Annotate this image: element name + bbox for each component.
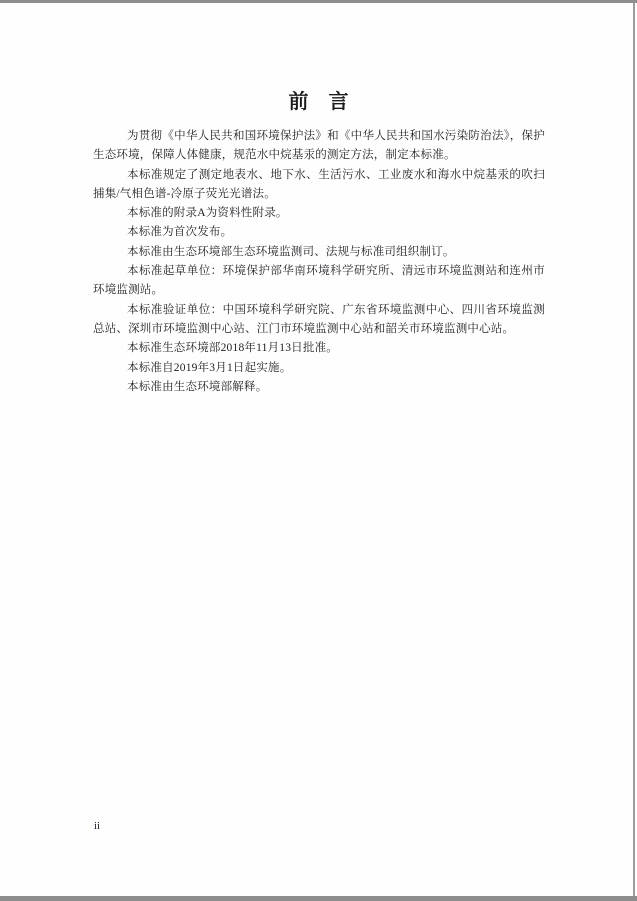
scan-edge-bottom xyxy=(0,896,637,901)
paragraph: 本标准由生态环境部解释。 xyxy=(93,378,545,397)
paragraph: 本标准起草单位：环境保护部华南环境科学研究所、清远市环境监测站和连州市环境监测站… xyxy=(93,262,545,301)
paragraph: 本标准由生态环境部生态环境监测司、法规与标准司组织制订。 xyxy=(93,243,545,262)
scan-edge-right xyxy=(633,3,635,896)
paragraph: 本标准为首次发布。 xyxy=(93,223,545,242)
paragraph: 本标准验证单位：中国环境科学研究院、广东省环境监测中心、四川省环境监测总站、深圳… xyxy=(93,301,545,340)
paragraph: 本标准生态环境部2018年11月13日批准。 xyxy=(93,339,545,358)
paragraph: 本标准的附录A为资料性附录。 xyxy=(93,204,545,223)
foreword-paragraphs: 为贯彻《中华人民共和国环境保护法》和《中华人民共和国水污染防治法》，保护生态环境… xyxy=(93,127,545,397)
paragraph: 本标准规定了测定地表水、地下水、生活污水、工业废水和海水中烷基汞的吹扫捕集/气相… xyxy=(93,166,545,205)
page-number: ii xyxy=(94,819,100,833)
document-page: 前 言 为贯彻《中华人民共和国环境保护法》和《中华人民共和国水污染防治法》，保护… xyxy=(0,0,637,901)
foreword-title: 前 言 xyxy=(0,90,637,115)
paragraph: 本标准自2019年3月1日起实施。 xyxy=(93,359,545,378)
paragraph: 为贯彻《中华人民共和国环境保护法》和《中华人民共和国水污染防治法》，保护生态环境… xyxy=(93,127,545,166)
scan-edge-top xyxy=(0,0,637,3)
